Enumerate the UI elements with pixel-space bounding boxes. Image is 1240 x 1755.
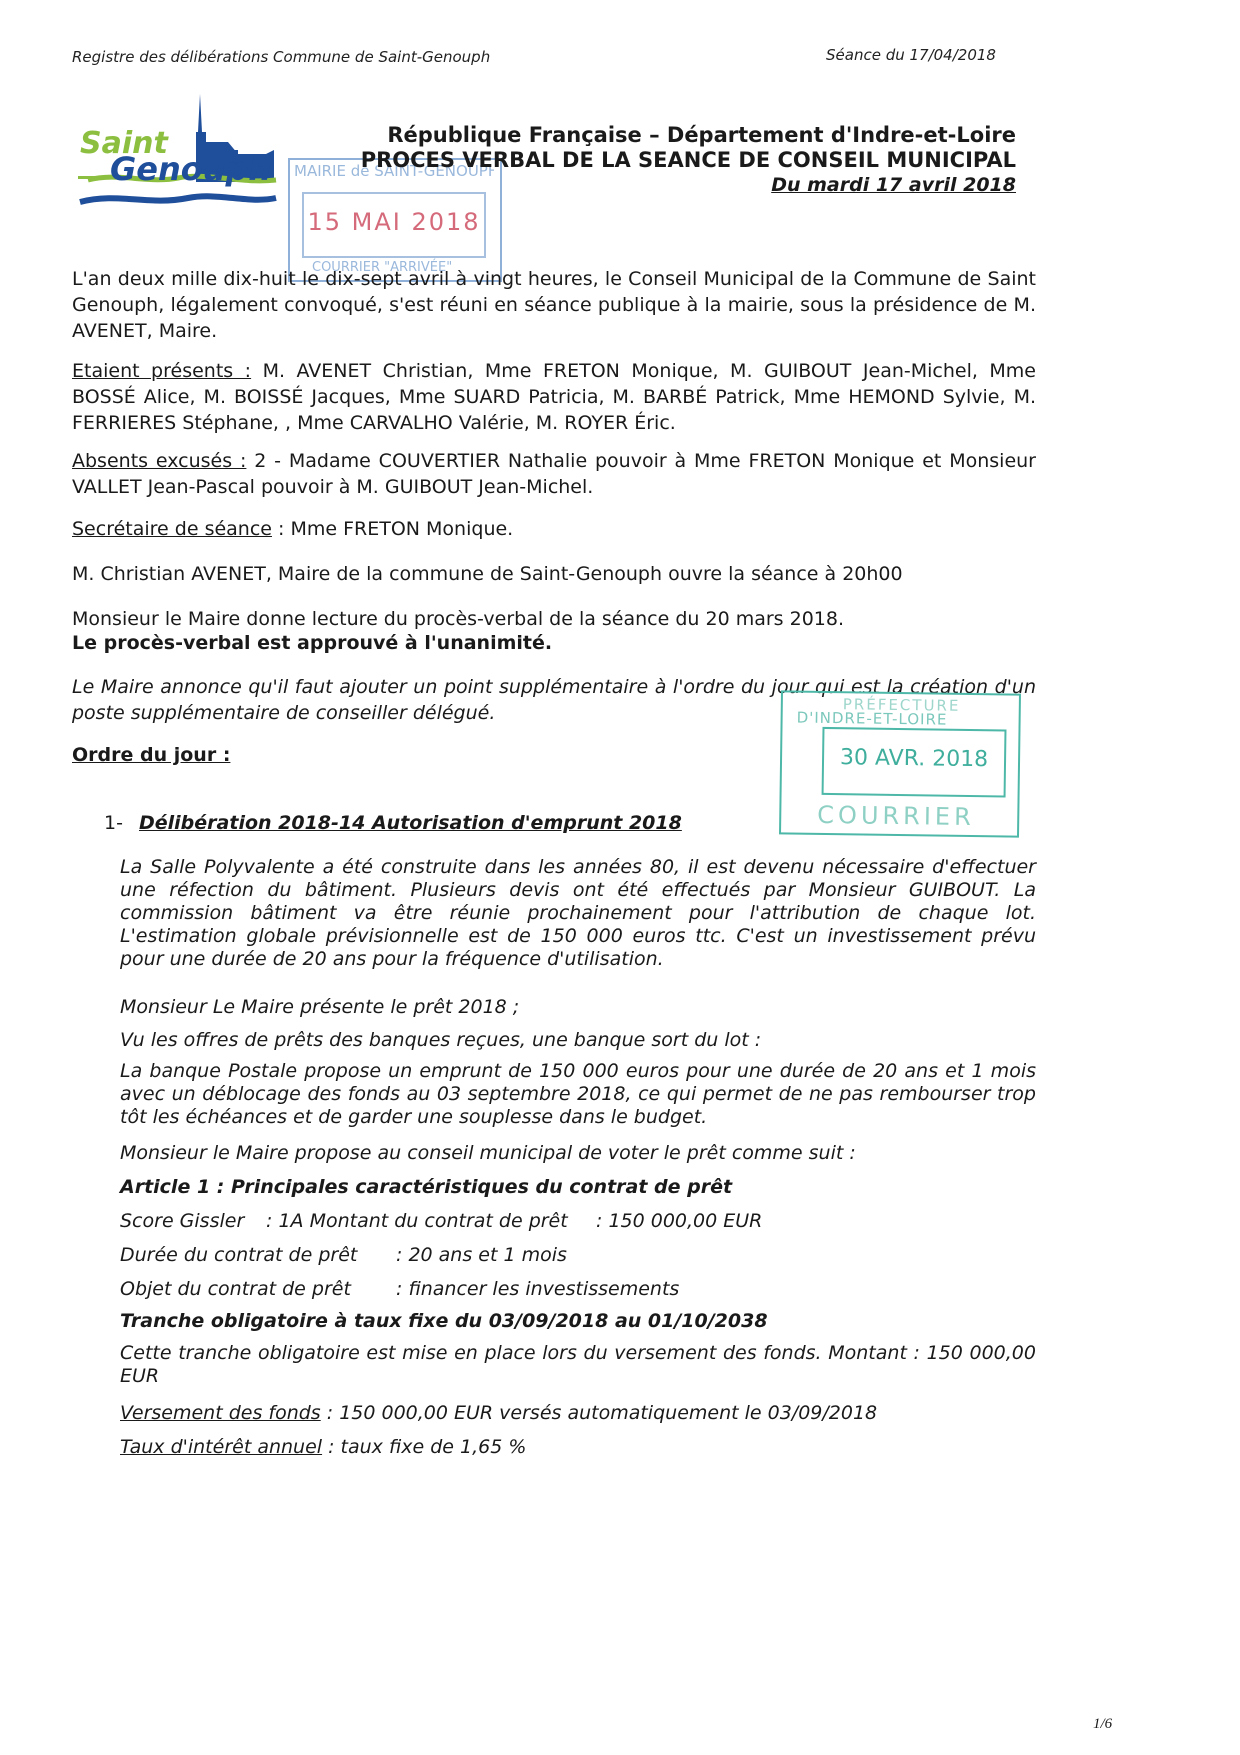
item-1-proposition: Monsieur le Maire propose au conseil mun…: [120, 1140, 856, 1166]
objet-value: : financer les investissements: [396, 1276, 679, 1302]
taux-value: : taux fixe de 1,65 %: [322, 1436, 526, 1458]
prefecture-stamp-date: 30 AVR. 2018: [824, 745, 1004, 773]
item-1-heading: 1- Délibération 2018-14 Autorisation d'e…: [104, 810, 682, 836]
title-line-1: République Française – Département d'Ind…: [336, 122, 1016, 148]
session-date-header: Séance du 17/04/2018: [826, 46, 996, 64]
prefecture-courrier-stamp: PRÉFECTURE D'INDRE-ET-LOIRE 30 AVR. 2018…: [779, 690, 1021, 837]
secretaire-paragraph: Secrétaire de séance : Mme FRETON Moniqu…: [72, 516, 513, 542]
duree-value: : 20 ans et 1 mois: [396, 1242, 567, 1268]
saint-genouph-logo: Saint Genouph: [78, 92, 278, 212]
logo-genouph: Genouph: [110, 150, 271, 188]
duree-row: Durée du contrat de prêt : 20 ans et 1 m…: [120, 1242, 820, 1268]
mairie-stamp-date: 15 MAI 2018: [304, 208, 484, 236]
title-line-2: PROCES VERBAL DE LA SEANCE DE CONSEIL MU…: [336, 147, 1016, 173]
intro-paragraph: L'an deux mille dix-huit le dix-sept avr…: [72, 266, 1036, 344]
item-1-banque-postale: La banque Postale propose un emprunt de …: [120, 1060, 1036, 1129]
versement-value: : 150 000,00 EUR versés automatiquement …: [321, 1402, 877, 1424]
item-1-context: La Salle Polyvalente a été construite da…: [120, 856, 1036, 971]
presents-paragraph: Etaient présents : M. AVENET Christian, …: [72, 358, 1036, 436]
secretaire-label: Secrétaire de séance: [72, 518, 272, 540]
taux-row: Taux d'intérêt annuel : taux fixe de 1,6…: [120, 1434, 526, 1460]
objet-row: Objet du contrat de prêt : financer les …: [120, 1276, 820, 1302]
ordre-du-jour-heading: Ordre du jour :: [72, 742, 230, 768]
ouverture-paragraph: M. Christian AVENET, Maire de la commune…: [72, 561, 903, 587]
item-1-presentation: Monsieur Le Maire présente le prêt 2018 …: [120, 994, 519, 1020]
presents-label: Etaient présents :: [72, 360, 251, 382]
lecture-paragraph: Monsieur le Maire donne lecture du procè…: [72, 606, 844, 632]
taux-label: Taux d'intérêt annuel: [120, 1436, 322, 1458]
tranche-heading: Tranche obligatoire à taux fixe du 03/09…: [120, 1308, 768, 1334]
score-value: : 1A Montant du contrat de prêt: [266, 1208, 596, 1234]
title-date: Du mardi 17 avril 2018: [336, 172, 1016, 198]
absents-label: Absents excusés :: [72, 450, 246, 472]
duree-label: Durée du contrat de prêt: [120, 1242, 396, 1268]
register-header: Registre des délibérations Commune de Sa…: [72, 48, 490, 66]
tranche-paragraph: Cette tranche obligatoire est mise en pl…: [120, 1342, 1036, 1388]
approbation-text: Le procès-verbal est approuvé à l'unanim…: [72, 630, 552, 656]
objet-label: Objet du contrat de prêt: [120, 1276, 396, 1302]
score-label: Score Gissler: [120, 1208, 266, 1234]
versement-label: Versement des fonds: [120, 1402, 321, 1424]
score-gissler-row: Score Gissler : 1A Montant du contrat de…: [120, 1208, 820, 1234]
versement-row: Versement des fonds : 150 000,00 EUR ver…: [120, 1400, 877, 1426]
item-1-title: Délibération 2018-14 Autorisation d'empr…: [139, 812, 682, 834]
article-1-heading: Article 1 : Principales caractéristiques…: [120, 1174, 732, 1200]
logo-underline: [78, 176, 108, 179]
item-1-offres: Vu les offres de prêts des banques reçue…: [120, 1027, 761, 1053]
page-number: 1/6: [1093, 1716, 1112, 1733]
absents-paragraph: Absents excusés : 2 - Madame COUVERTIER …: [72, 448, 1036, 500]
montant-value: : 150 000,00 EUR: [596, 1208, 762, 1234]
